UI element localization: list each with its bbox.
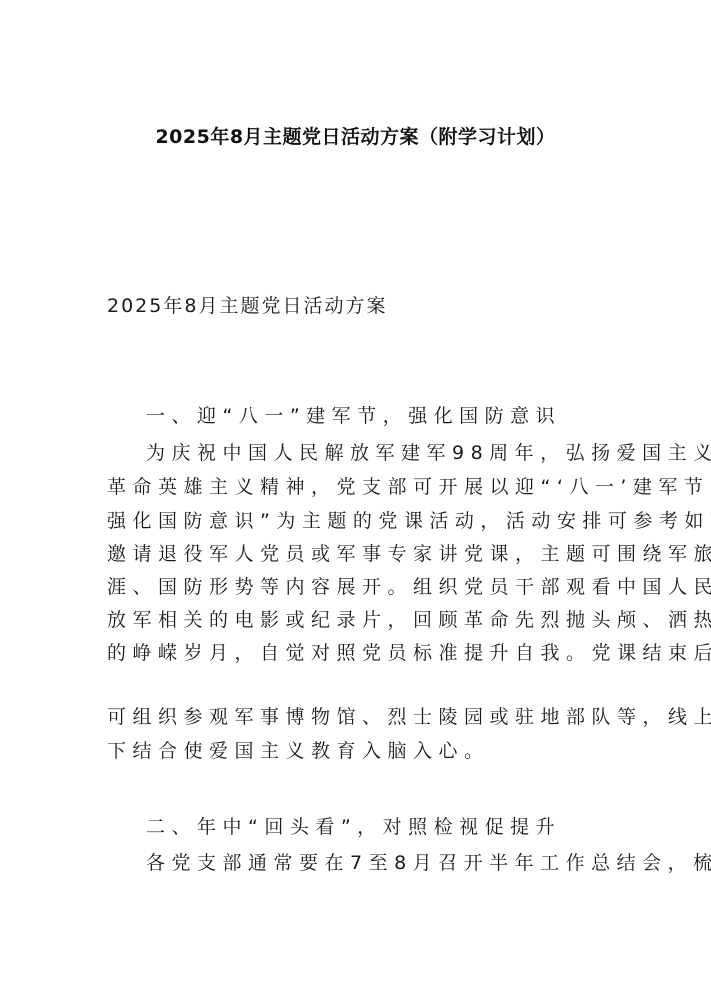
document-subtitle: 2025年8月主题党日活动方案 — [107, 291, 387, 321]
section-1-paragraph-line: 强化国防意识”为主题的党课活动，活动安排可参考如下 — [107, 506, 711, 536]
section-2-paragraph-line: 各党支部通常要在7至8月召开半年工作总结会，梳理 — [146, 848, 711, 878]
section-2-heading: 二、年中“回头看”，对照检视促提升 — [146, 812, 561, 842]
document-title: 2025年8月主题党日活动方案（附学习计划） — [0, 122, 711, 152]
document-page: 2025年8月主题党日活动方案（附学习计划） 2025年8月主题党日活动方案 一… — [0, 0, 711, 1006]
section-1-paragraph-line: 可组织参观军事博物馆、烈士陵园或驻地部队等，线上线 — [107, 702, 711, 732]
section-1-paragraph-line: 下结合使爱国主义教育入脑入心。 — [107, 736, 490, 766]
section-1-paragraph-line: 的峥嵘岁月，自觉对照党员标准提升自我。党课结束后还 — [107, 638, 711, 668]
section-1-heading: 一、迎“八一”建军节，强化国防意识 — [146, 401, 561, 431]
section-1-paragraph-line: 革命英雄主义精神，党支部可开展以迎“‘八一’建军节 — [107, 472, 709, 502]
section-1-paragraph-line: 涯、国防形势等内容展开。组织党员干部观看中国人民解 — [107, 572, 711, 602]
section-1-paragraph-line: 为庆祝中国人民解放军建军98周年，弘扬爱国主义和 — [146, 438, 711, 468]
section-1-paragraph-line: 邀请退役军人党员或军事专家讲党课，主题可围绕军旅生 — [107, 539, 711, 569]
section-1-paragraph-line: 放军相关的电影或纪录片，回顾革命先烈抛头颅、洒热血 — [107, 605, 711, 635]
